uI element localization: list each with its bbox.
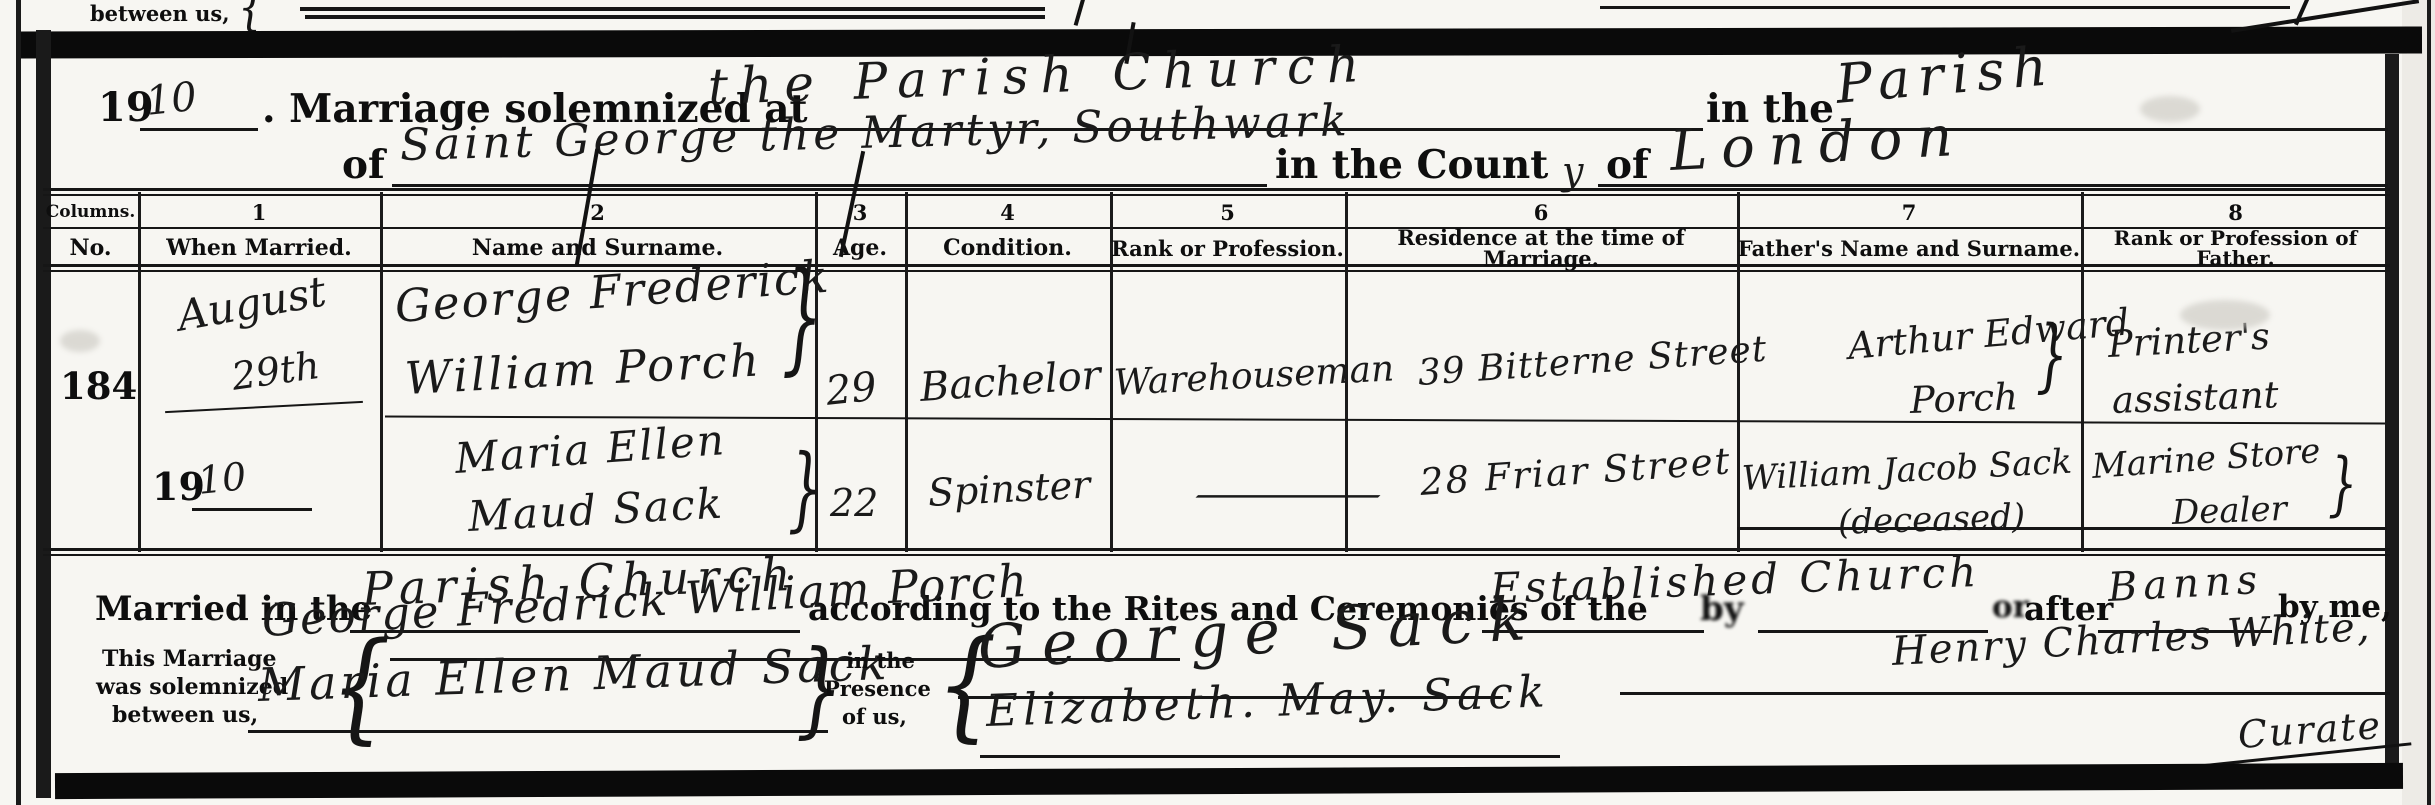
- groom-residence: 39 Bitterne Street: [1417, 332, 1769, 392]
- scan-blemish: [2140, 96, 2200, 122]
- table-bottom-rule2: [43, 554, 2390, 556]
- column-header-father-rank: Rank or Profession of Father.: [2081, 228, 2390, 268]
- groom-father-name-line2: Porch: [1909, 378, 2018, 419]
- header-year-written: 10: [144, 77, 199, 122]
- column-number-3: 3: [815, 196, 905, 228]
- column-number-2: 2: [380, 196, 815, 228]
- scan-blemish: [60, 330, 100, 352]
- groom-profession: Warehouseman: [1113, 351, 1395, 402]
- marriage-register-scan: between us, { 19 10 . Marriage solemnize…: [0, 0, 2435, 805]
- presence-label-line2: Presence: [824, 678, 931, 699]
- table-top-rule: [43, 188, 2390, 191]
- header-year-rule: [140, 128, 258, 131]
- when-married-year-rule: [192, 508, 312, 511]
- groom-father-profession-line2: assistant: [2111, 376, 2279, 419]
- column-number-8: 8: [2081, 196, 2390, 228]
- header-county-of-label: of: [1606, 146, 1649, 185]
- bride-name-line2: Maud Sack: [467, 483, 725, 538]
- bride-profession-dash: —: [1188, 474, 1388, 514]
- ink-stroke: [1074, 0, 1087, 26]
- when-married-month: August: [174, 270, 329, 337]
- header-county-y: y: [1562, 152, 1583, 190]
- column-header-residence: Residence at the time of Marriage.: [1345, 228, 1737, 268]
- groom-name-line2: William Porch: [404, 337, 763, 401]
- table-labels-rule2: [43, 270, 2390, 272]
- bride-father-name-line1: William Jacob Sack: [1741, 445, 2073, 496]
- bride-signature-rule: [248, 730, 828, 733]
- officiant-signature: Henry Charles White,: [1891, 607, 2372, 672]
- bride-father-profession-line2: Dealer: [2171, 492, 2287, 530]
- bride-age: 22: [830, 484, 878, 522]
- column-number-4: 4: [905, 196, 1110, 228]
- banns-written: Banns: [2107, 560, 2264, 608]
- bride-condition: Spinster: [927, 466, 1091, 512]
- header-county-written: London: [1669, 109, 1968, 180]
- prev-record-label: between us,: [90, 3, 230, 24]
- frame-border-left: [36, 30, 51, 798]
- prev-record-rule: [1600, 6, 2290, 9]
- column-header-father-name: Father's Name and Surname.: [1737, 228, 2081, 268]
- by-label: by: [1700, 592, 1744, 626]
- column-header-no: No.: [43, 228, 138, 268]
- groom-father-brace: }: [2036, 315, 2068, 395]
- entry-number: 184: [60, 368, 137, 405]
- groom-condition: Bachelor: [919, 355, 1102, 408]
- header-county-rule: [1598, 184, 2388, 187]
- table-header: Columns. 1 2 3 4 5 6 7 8 No. When Marrie…: [43, 196, 2390, 268]
- presence-label-line1: in the: [846, 650, 915, 671]
- groom-age: 29: [824, 367, 879, 412]
- solemnized-label-line1: This Marriage: [102, 648, 277, 670]
- frame-border-right-outer: [2427, 0, 2431, 805]
- column-header-rank: Rank or Profession.: [1110, 228, 1345, 268]
- solemnized-label-line3: between us,: [112, 704, 258, 726]
- prev-record-strike-line: [300, 7, 1045, 11]
- header-county-label: in the Count: [1275, 146, 1548, 185]
- columns-caption: Columns.: [43, 196, 138, 228]
- frame-border-right: [2385, 54, 2399, 772]
- when-married-year-written: 10: [196, 457, 248, 500]
- bride-name-brace: }: [788, 443, 822, 535]
- scan-blemish: [2180, 300, 2270, 330]
- column-header-condition: Condition.: [905, 228, 1110, 268]
- header-parish-rule: [392, 184, 1267, 187]
- column-number-5: 5: [1110, 196, 1345, 228]
- column-header-when-married: When Married.: [138, 228, 380, 268]
- column-number-1: 1: [138, 196, 380, 228]
- column-number-6: 6: [1345, 196, 1737, 228]
- bride-father-profession-brace: }: [2328, 449, 2357, 518]
- when-married-day: 29th: [229, 346, 322, 396]
- officiant-signature-rule: [1620, 692, 2390, 695]
- bride-name-line1: Maria Ellen: [454, 419, 728, 480]
- groom-name-brace: }: [782, 257, 823, 379]
- witness-2-rule: [980, 755, 1560, 758]
- header-district-written: Parish: [1834, 39, 2058, 112]
- bride-father-profession-line1: Marine Store: [2091, 434, 2322, 484]
- table-bottom-rule: [43, 548, 2390, 551]
- prev-record-strike-line: [305, 15, 1045, 19]
- presence-label-line3: of us,: [842, 706, 907, 727]
- column-number-7: 7: [1737, 196, 2081, 228]
- frame-border-left-outer: [16, 0, 21, 805]
- when-married-day-rule: [165, 401, 363, 413]
- bride-father-name-line2: (deceased): [1837, 499, 2025, 540]
- bottom-divider-band: [55, 763, 2403, 799]
- groom-father-name-line1: Arthur Edward: [1846, 303, 2130, 364]
- father-row-baseline-rule: [1737, 527, 2387, 530]
- bride-residence: 28 Friar Street: [1419, 442, 1733, 501]
- prev-record-brace: {: [238, 0, 265, 32]
- witness-signature-2: Elizabeth. May. Sack: [985, 670, 1550, 734]
- header-of-label: of: [342, 146, 385, 185]
